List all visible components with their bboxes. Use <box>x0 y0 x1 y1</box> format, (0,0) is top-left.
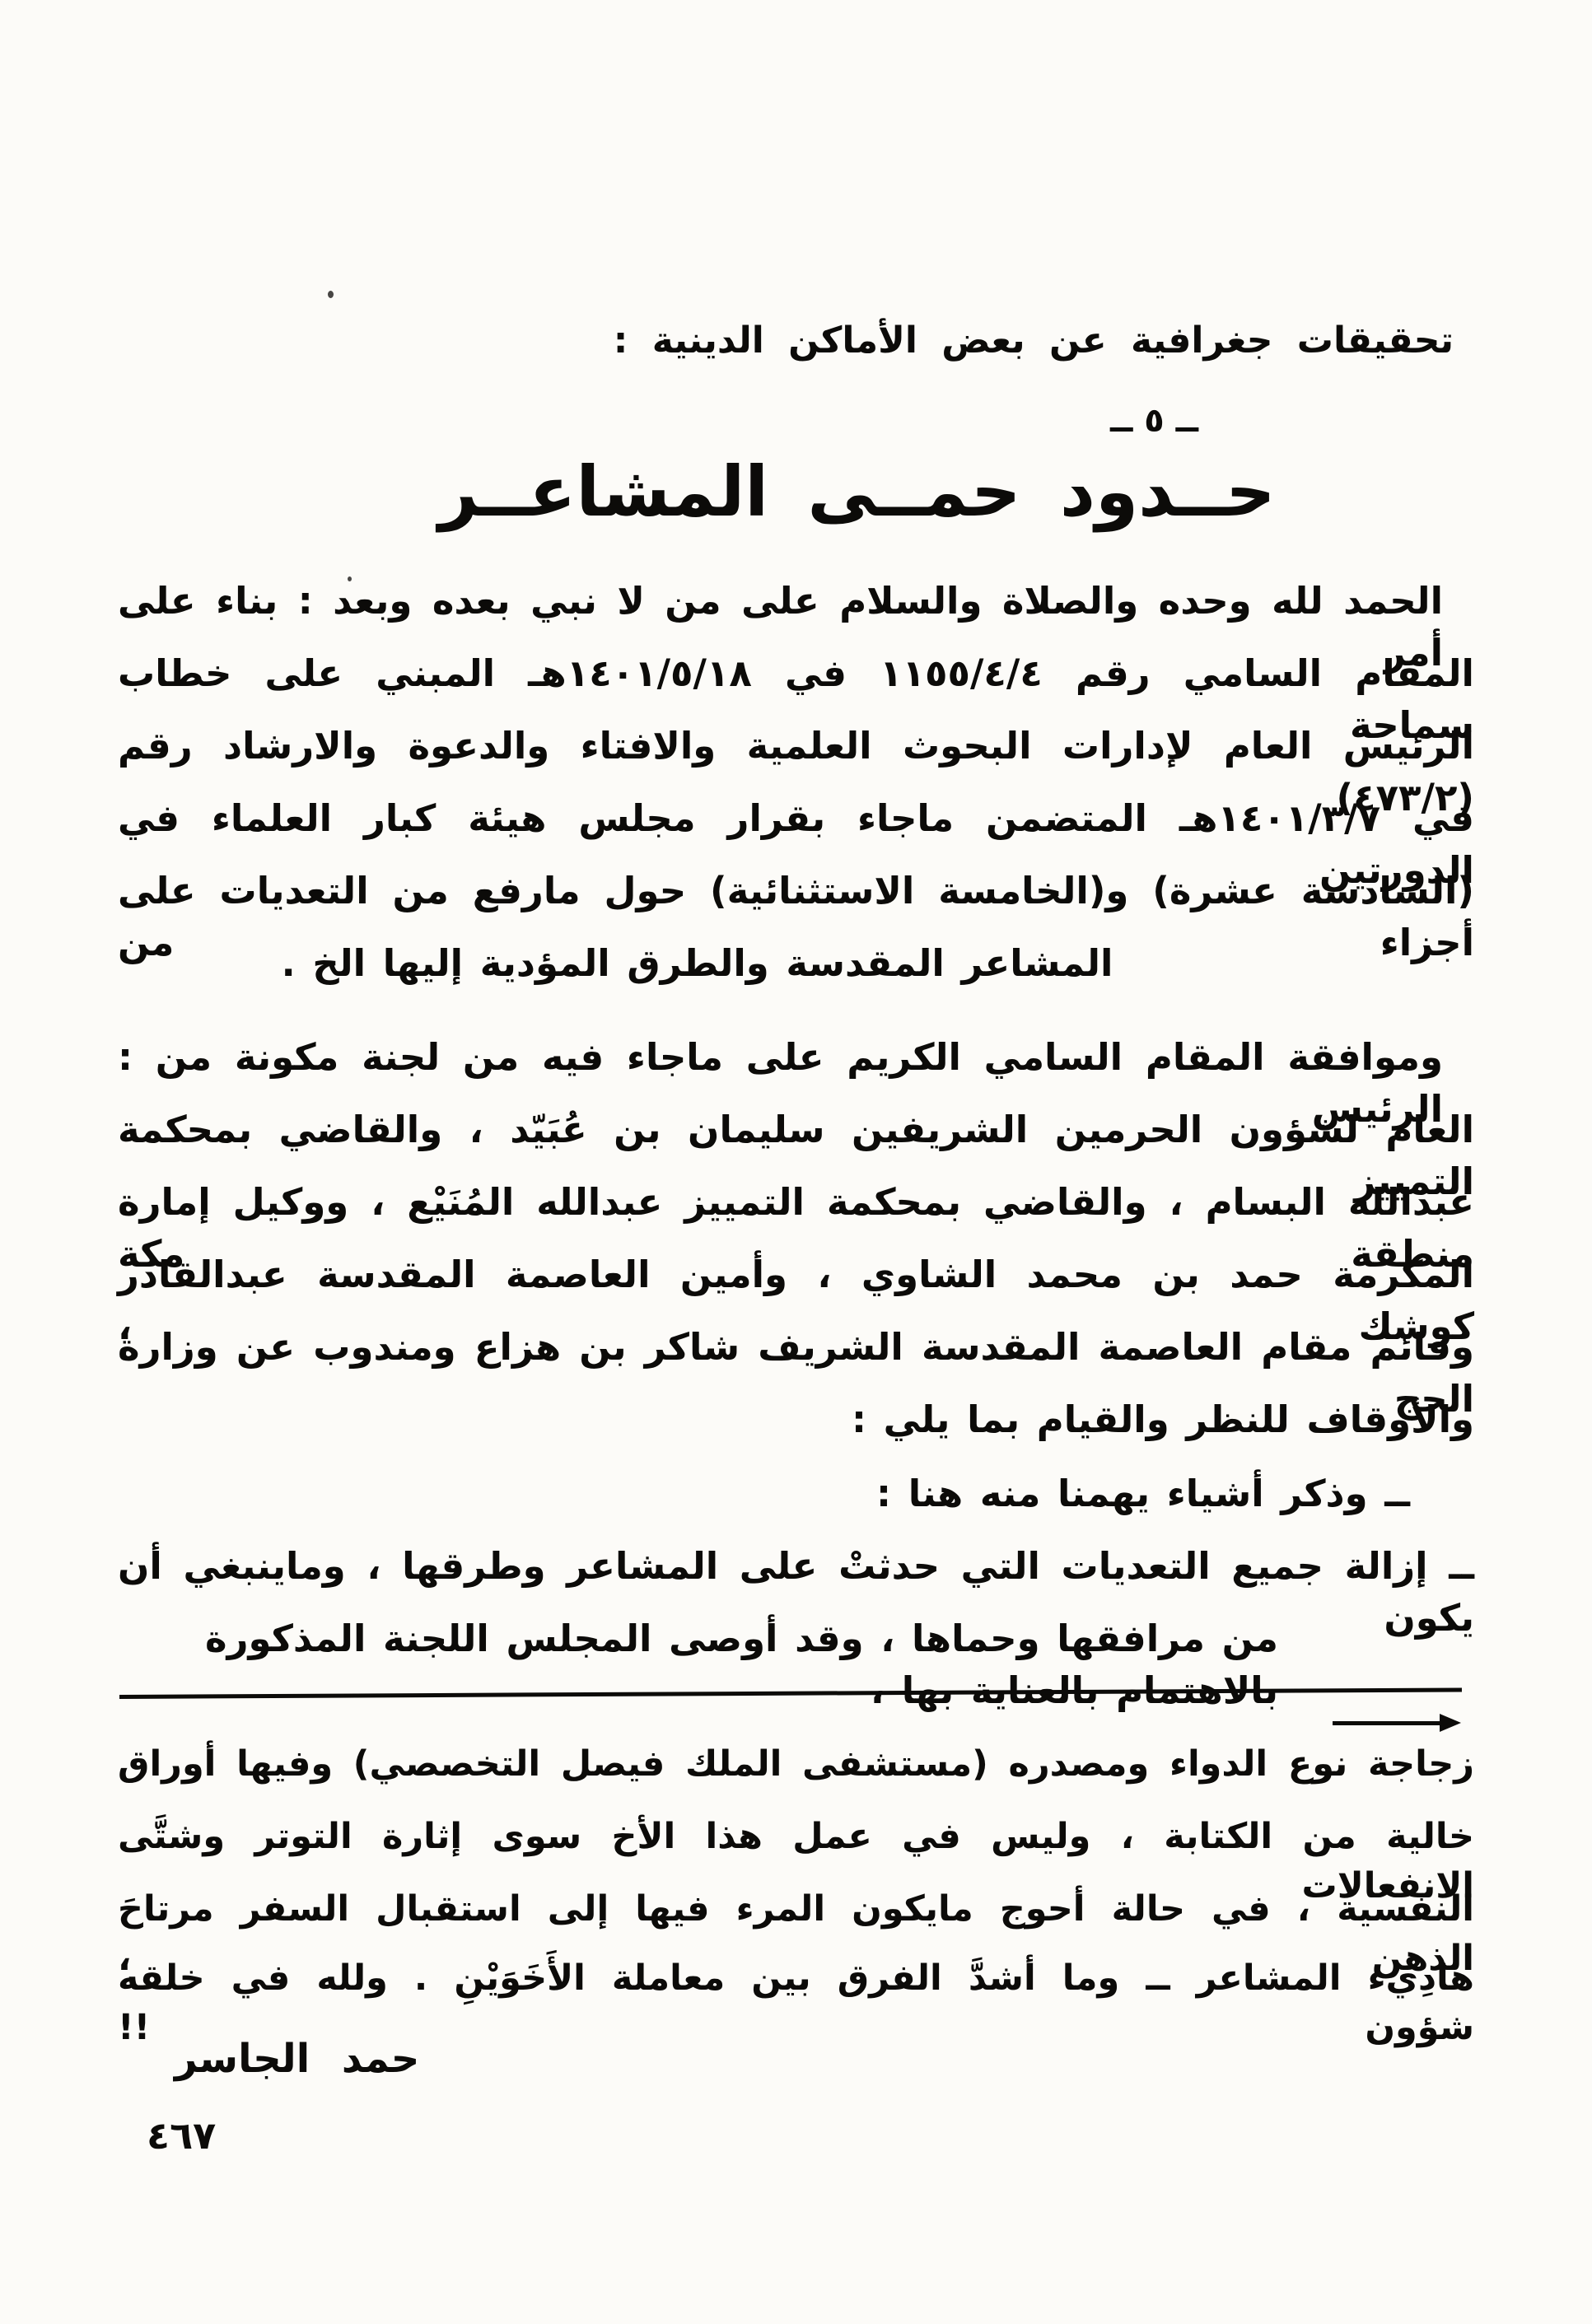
arrow-right-icon <box>1333 1721 1441 1725</box>
page-number: ٤٦٧ <box>147 2113 216 2158</box>
series-header: تحقيقات جغرافية عن بعض الأماكن الدينية : <box>614 320 1454 362</box>
body-line: المشاعر المقدسة والطرق المؤدية إليها الخ… <box>118 937 1474 989</box>
scanned-book-page: تحقيقات جغرافية عن بعض الأماكن الدينية :… <box>0 0 1592 2324</box>
note-line: ــ وذكر أشياء يهمنا منه هنا : <box>118 1468 1474 1519</box>
scan-speck <box>328 291 334 298</box>
footnote-line: زجاجة نوع الدواء ومصدره (مستشفى الملك في… <box>118 1739 1474 1789</box>
body-line: والأوقاف للنظر والقيام بما يلي : <box>118 1393 1474 1445</box>
scan-speck <box>348 576 352 581</box>
author-signature: حمد الجاسر <box>175 2036 419 2082</box>
section-number: ــ ٥ ــ <box>1110 402 1198 440</box>
arrow-head <box>1440 1714 1461 1732</box>
body-line: من مرافقها وحماها ، وقد أوصى المجلس اللج… <box>118 1612 1474 1716</box>
article-title: حــدود حمــى المشاعــر <box>61 451 1592 532</box>
